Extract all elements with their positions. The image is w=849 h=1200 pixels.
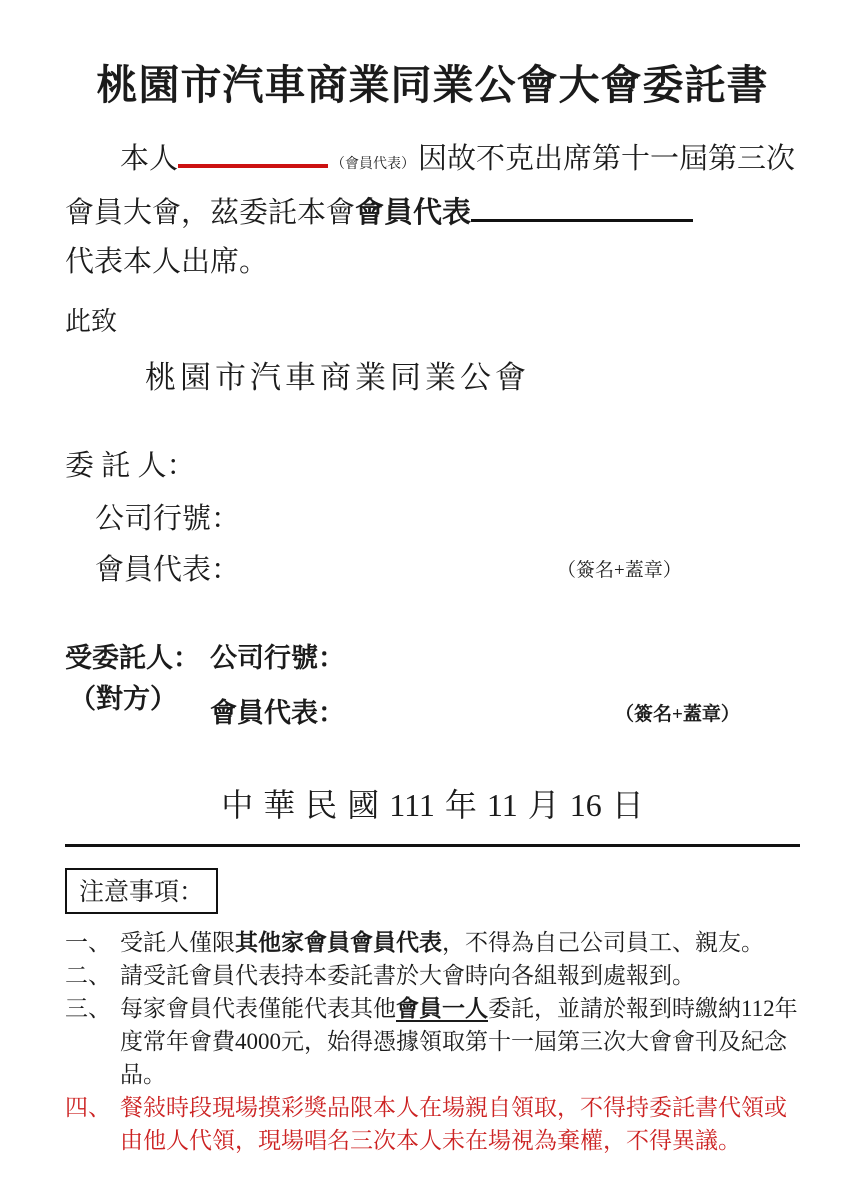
line1-post-text: 因故不克出席第十一屆第三次	[418, 143, 795, 175]
principal-section: 委 託 人： 公司行號： 會員代表： （簽名+蓋章）	[65, 443, 800, 588]
salutation: 此致	[65, 301, 800, 338]
note-item-2: 二、 請受託會員代表持本委託書於大會時向各組報到處報到。	[65, 959, 800, 992]
note-3-marker: 三、	[65, 992, 120, 1091]
principal-rep-label: 會員代表：	[95, 554, 240, 586]
agent-sublabel: （對方）	[65, 677, 210, 716]
agent-rep-row: 會員代表： （簽名+蓋章）	[210, 691, 800, 730]
note-1-marker: 一、	[65, 926, 120, 959]
paragraph-line-1: 本人（會員代表）因故不克出席第十一屆第三次	[65, 135, 800, 189]
paragraph-line-3: 代表本人出席。	[65, 238, 800, 287]
separator-rule	[65, 844, 800, 847]
opening-paragraph: 本人（會員代表）因故不克出席第十一屆第三次 會員大會，茲委託本會會員代表 代表本…	[65, 135, 800, 287]
delegate-name-blank-field	[471, 217, 693, 222]
line2-pre-text: 會員大會，茲委託本會	[65, 197, 355, 229]
agent-fields-column: 公司行號： 會員代表： （簽名+蓋章）	[210, 636, 800, 730]
notes-list: 一、 受託人僅限其他家會員會員代表，不得為自己公司員工、親友。 二、 請受託會員…	[65, 926, 800, 1157]
paragraph-line-2: 會員大會，茲委託本會會員代表	[65, 189, 800, 238]
note-item-1: 一、 受託人僅限其他家會員會員代表，不得為自己公司員工、親友。	[65, 926, 800, 959]
line2-bold-text: 會員代表	[355, 197, 471, 229]
note-2-text: 請受託會員代表持本委託書於大會時向各組報到處報到。	[120, 959, 800, 992]
line1-pre-text: 本人	[120, 143, 178, 175]
note-4-text: 餐敍時段現場摸彩獎品限本人在場親自領取，不得持委託書代領或由他人代領，現場唱名三…	[120, 1091, 800, 1157]
note-4-marker: 四、	[65, 1091, 120, 1157]
agent-sign-stamp-note: （簽名+蓋章）	[615, 699, 740, 726]
notes-header-box: 注意事項：	[65, 868, 218, 914]
note-2-marker: 二、	[65, 959, 120, 992]
note-3-text: 每家會員代表僅能代表其他會員一人委託，並請於報到時繳納112年度常年會費4000…	[120, 992, 800, 1091]
agent-company-label: 公司行號：	[210, 636, 800, 675]
note-1-text: 受託人僅限其他家會員會員代表，不得為自己公司員工、親友。	[120, 926, 800, 959]
document-title: 桃園市汽車商業同業公會大會委託書	[65, 52, 800, 111]
note-item-3: 三、 每家會員代表僅能代表其他會員一人委託，並請於報到時繳納112年度常年會費4…	[65, 992, 800, 1091]
agent-rep-label: 會員代表：	[210, 698, 345, 728]
agent-label-column: 受委託人： （對方）	[65, 636, 210, 730]
agent-section: 受委託人： （對方） 公司行號： 會員代表： （簽名+蓋章）	[65, 636, 800, 730]
principal-sign-stamp-note: （簽名+蓋章）	[557, 555, 682, 582]
roc-date-line: 中 華 民 國 111 年 11 月 16 日	[65, 780, 800, 826]
line3-text: 代表本人出席。	[65, 246, 268, 278]
member-rep-small-note: （會員代表）	[328, 157, 418, 172]
association-name: 桃園市汽車商業同業公會	[145, 352, 800, 397]
proxy-form-document: 桃園市汽車商業同業公會大會委託書 本人（會員代表）因故不克出席第十一屆第三次 會…	[0, 0, 849, 1200]
principal-label: 委 託 人：	[65, 443, 800, 484]
principal-company-label: 公司行號：	[95, 496, 800, 537]
principal-rep-row: 會員代表： （簽名+蓋章）	[95, 547, 800, 588]
note-item-4-red: 四、 餐敍時段現場摸彩獎品限本人在場親自領取，不得持委託書代領或由他人代領，現場…	[65, 1091, 800, 1157]
agent-label: 受委託人：	[65, 636, 210, 675]
member-name-blank-field	[178, 162, 328, 168]
